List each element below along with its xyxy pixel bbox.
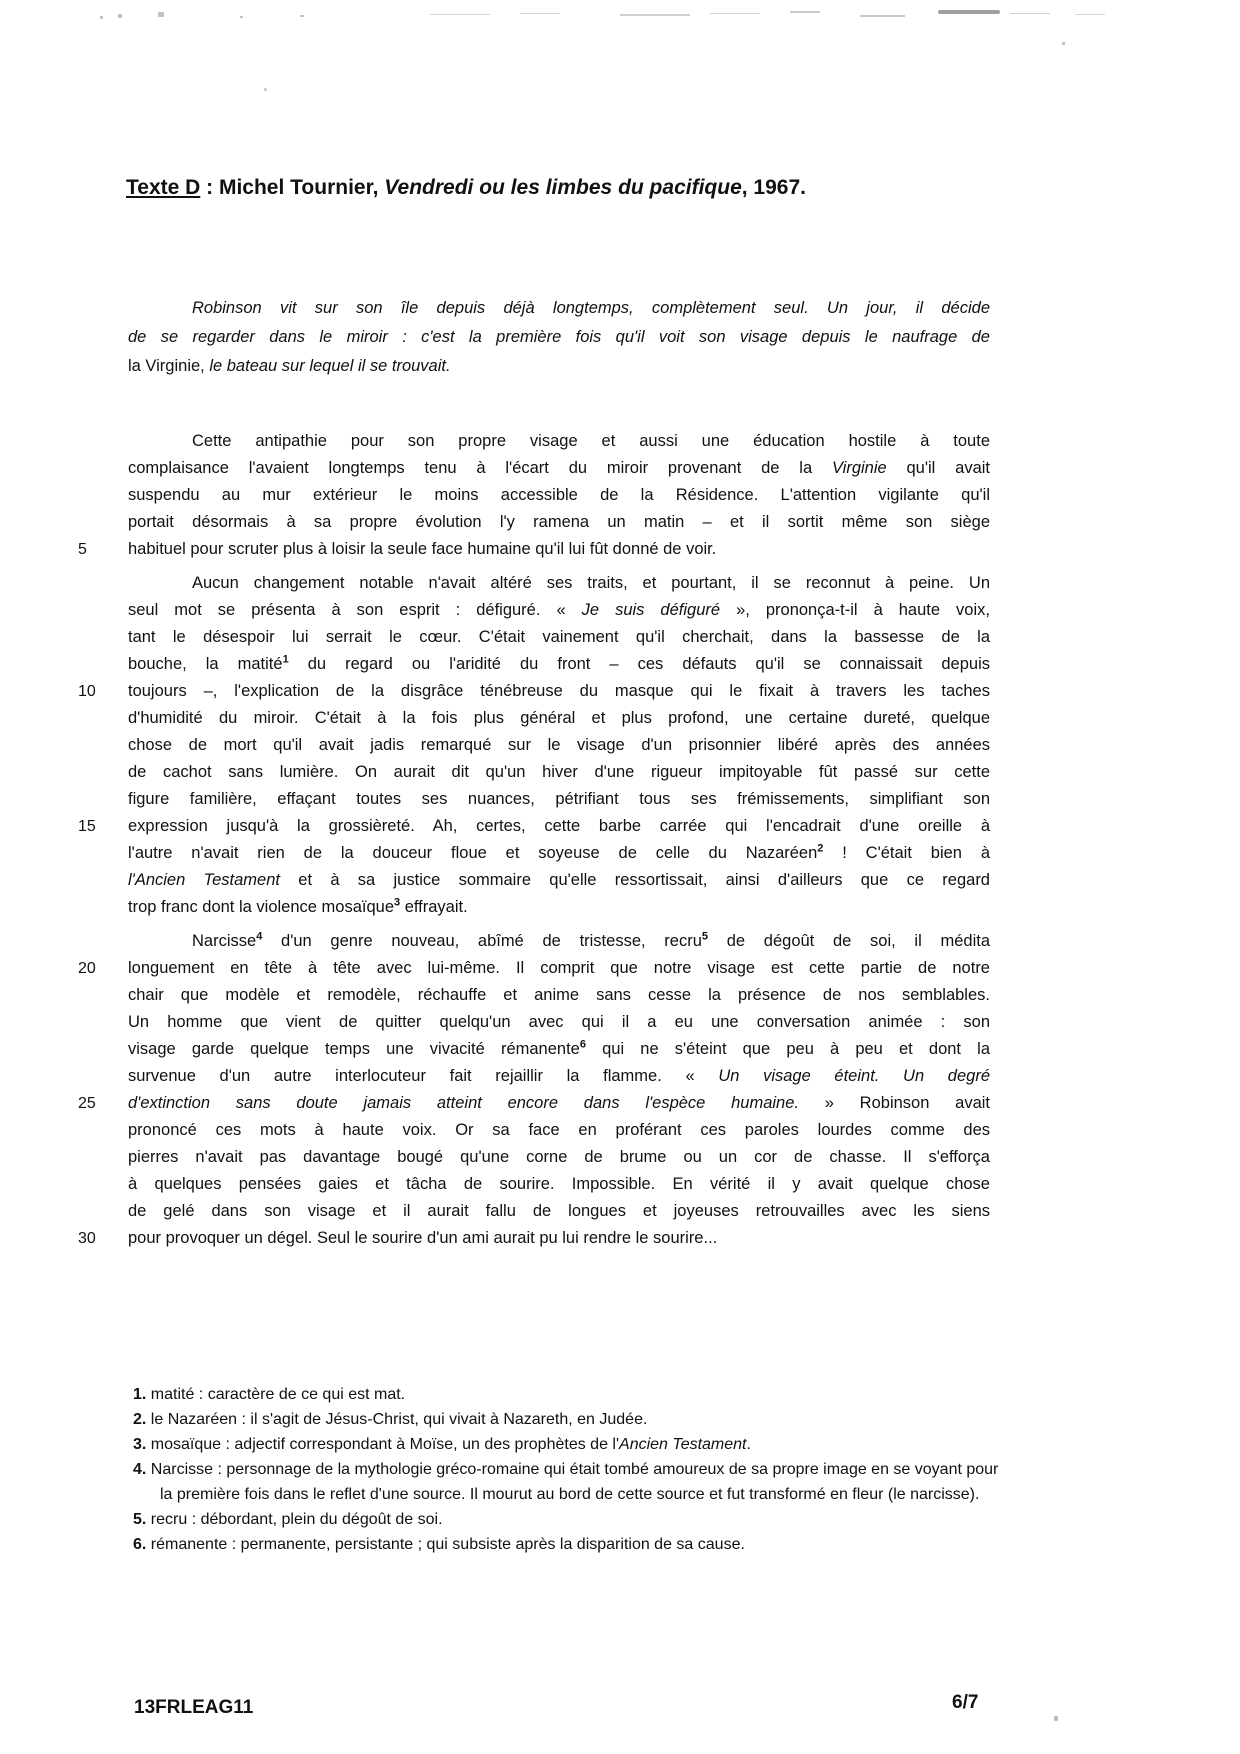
text-line: 25d'extinction sans doute jamais atteint…: [66, 1090, 990, 1117]
footnote: 4. Narcisse : personnage de la mythologi…: [133, 1457, 1009, 1507]
text-line-content: de gelé dans son visage et il aurait fal…: [128, 1198, 990, 1225]
text-line: pierres n'avait pas davantage bougé qu'u…: [66, 1144, 990, 1171]
text-line: chose de mort qu'il avait jadis remarqué…: [66, 732, 990, 759]
text-line: l'autre n'avait rien de la douceur floue…: [66, 840, 990, 867]
footnote-number: 3.: [133, 1436, 146, 1453]
text-segment: complaisance l'avaient longtemps tenu à …: [128, 459, 832, 477]
text-segment: mosaïque : adjectif correspondant à Moïs…: [146, 1436, 619, 1453]
text-segment: Un visage éteint. Un degré: [718, 1067, 990, 1085]
text-segment: bouche, la matité: [128, 655, 283, 673]
main-text: Cette antipathie pour son propre visage …: [66, 428, 990, 1252]
text-segment: seul mot se présenta à son esprit : défi…: [128, 601, 582, 619]
footnote: 5. recru : débordant, plein du dégoût de…: [133, 1507, 1009, 1532]
text-line-content: Narcisse4 d'un genre nouveau, abîmé de t…: [128, 928, 990, 955]
text-line: Robinson vit sur son île depuis déjà lon…: [66, 294, 990, 323]
text-segment: Texte D: [126, 176, 200, 199]
line-number: [66, 294, 128, 323]
text-line: prononcé ces mots à haute voix. Or sa fa…: [66, 1117, 990, 1144]
text-segment: survenue d'un autre interlocuteur fait r…: [128, 1067, 718, 1085]
text-segment: du regard ou l'aridité du front – ces dé…: [289, 655, 990, 673]
line-number: 20: [66, 955, 128, 982]
text-line: figure familière, effaçant toutes ses nu…: [66, 786, 990, 813]
text-line: 10toujours –, l'explication de la disgrâ…: [66, 678, 990, 705]
text-line-content: survenue d'un autre interlocuteur fait r…: [128, 1063, 990, 1090]
line-number: [66, 1009, 128, 1036]
text-segment: d'un genre nouveau, abîmé de tristesse, …: [262, 932, 702, 950]
text-segment: et à sa justice sommaire qu'elle ressort…: [280, 871, 990, 889]
text-line: Cette antipathie pour son propre visage …: [66, 428, 990, 455]
text-line-content: habituel pour scruter plus à loisir la s…: [128, 536, 990, 563]
line-number: [66, 1036, 128, 1063]
intro-paragraph: Robinson vit sur son île depuis déjà lon…: [66, 294, 990, 381]
text-line: 5habituel pour scruter plus à loisir la …: [66, 536, 990, 563]
footnote-number: 4.: [133, 1461, 146, 1478]
line-number: [66, 1171, 128, 1198]
text-segment: d'extinction sans doute jamais atteint e…: [128, 1094, 799, 1112]
text-line-content: l'autre n'avait rien de la douceur floue…: [128, 840, 990, 867]
text-line: de gelé dans son visage et il aurait fal…: [66, 1198, 990, 1225]
paragraph-1: Cette antipathie pour son propre visage …: [66, 428, 990, 563]
text-segment: le bateau sur lequel il se trouvait.: [205, 357, 451, 375]
text-line: 20longuement en tête à tête avec lui-mêm…: [66, 955, 990, 982]
text-line: portait désormais à sa propre évolution …: [66, 509, 990, 536]
document-reference: 13FRLEAG11: [134, 1697, 253, 1719]
text-line-content: portait désormais à sa propre évolution …: [128, 509, 990, 536]
line-number: [66, 428, 128, 455]
footnote-number: 5.: [133, 1511, 146, 1528]
footnote: 2. le Nazaréen : il s'agit de Jésus-Chri…: [133, 1407, 1009, 1432]
text-segment: de dégoût de soi, il médita: [708, 932, 990, 950]
text-line: Un homme que vient de quitter quelqu'un …: [66, 1009, 990, 1036]
text-segment: » Robinson avait: [799, 1094, 990, 1112]
text-segment: Narcisse: [192, 932, 256, 950]
text-line-content: chose de mort qu'il avait jadis remarqué…: [128, 732, 990, 759]
text-line-content: la Virginie, le bateau sur lequel il se …: [128, 352, 990, 381]
line-number: [66, 732, 128, 759]
line-number: 30: [66, 1225, 128, 1252]
text-line: survenue d'un autre interlocuteur fait r…: [66, 1063, 990, 1090]
text-line-content: d'humidité du miroir. C'était à la fois …: [128, 705, 990, 732]
text-line-content: bouche, la matité1 du regard ou l'aridit…: [128, 651, 990, 678]
line-number: [66, 759, 128, 786]
text-line-content: suspendu au mur extérieur le moins acces…: [128, 482, 990, 509]
text-line: suspendu au mur extérieur le moins acces…: [66, 482, 990, 509]
text-line: d'humidité du miroir. C'était à la fois …: [66, 705, 990, 732]
text-segment: : Michel Tournier,: [200, 176, 384, 199]
text-segment: , 1967.: [742, 176, 806, 199]
text-segment: Je suis défiguré: [582, 601, 720, 619]
text-line-content: Robinson vit sur son île depuis déjà lon…: [128, 294, 990, 323]
line-number: [66, 455, 128, 482]
text-line-content: Aucun changement notable n'avait altéré …: [128, 570, 990, 597]
line-number: [66, 509, 128, 536]
text-line-content: prononcé ces mots à haute voix. Or sa fa…: [128, 1117, 990, 1144]
line-number: [66, 1144, 128, 1171]
text-line: complaisance l'avaient longtemps tenu à …: [66, 455, 990, 482]
text-segment: .: [747, 1436, 751, 1453]
text-line: trop franc dont la violence mosaïque3 ef…: [66, 894, 990, 921]
text-line-content: visage garde quelque temps une vivacité …: [128, 1036, 990, 1063]
line-number: [66, 894, 128, 921]
text-line: seul mot se présenta à son esprit : défi…: [66, 597, 990, 624]
text-line-content: d'extinction sans doute jamais atteint e…: [128, 1090, 990, 1117]
text-segment: Ancien Testament: [619, 1436, 746, 1453]
text-segment: l'Ancien Testament: [128, 871, 280, 889]
line-number: [66, 323, 128, 352]
line-number: [66, 651, 128, 678]
text-segment: », prononça-t-il à haute voix,: [720, 601, 990, 619]
text-line: 15expression jusqu'à la grossièreté. Ah,…: [66, 813, 990, 840]
text-line: visage garde quelque temps une vivacité …: [66, 1036, 990, 1063]
text-line: la Virginie, le bateau sur lequel il se …: [66, 352, 990, 381]
line-number: [66, 1198, 128, 1225]
text-line-content: longuement en tête à tête avec lui-même.…: [128, 955, 990, 982]
text-line: l'Ancien Testament et à sa justice somma…: [66, 867, 990, 894]
text-segment: l'autre n'avait rien de la douceur floue…: [128, 844, 817, 862]
text-segment: qui ne s'éteint que peu à peu et dont la: [586, 1040, 990, 1058]
line-number: [66, 705, 128, 732]
line-number: 25: [66, 1090, 128, 1117]
text-line-content: toujours –, l'explication de la disgrâce…: [128, 678, 990, 705]
line-number: [66, 982, 128, 1009]
footnotes: 1. matité : caractère de ce qui est mat.…: [133, 1382, 1009, 1557]
text-line: 30pour provoquer un dégel. Seul le souri…: [66, 1225, 990, 1252]
footnote: 6. rémanente : permanente, persistante ;…: [133, 1532, 1009, 1557]
line-number: [66, 867, 128, 894]
text-title: Texte D : Michel Tournier, Vendredi ou l…: [126, 176, 806, 200]
text-line-content: seul mot se présenta à son esprit : défi…: [128, 597, 990, 624]
text-segment: qu'il avait: [887, 459, 990, 477]
document-page: Texte D : Michel Tournier, Vendredi ou l…: [0, 0, 1240, 1754]
text-line-content: à quelques pensées gaies et tâcha de sou…: [128, 1171, 990, 1198]
line-number: [66, 1117, 128, 1144]
text-segment: la Virginie,: [128, 357, 205, 375]
line-number: 15: [66, 813, 128, 840]
text-segment: trop franc dont la violence mosaïque: [128, 898, 394, 916]
line-number: 5: [66, 536, 128, 563]
text-segment: Virginie: [832, 459, 887, 477]
footnote-number: 6.: [133, 1536, 146, 1553]
text-line-content: figure familière, effaçant toutes ses nu…: [128, 786, 990, 813]
text-line-content: pour provoquer un dégel. Seul le sourire…: [128, 1225, 990, 1252]
line-number: [66, 352, 128, 381]
line-number: [66, 597, 128, 624]
text-line: chair que modèle et remodèle, réchauffe …: [66, 982, 990, 1009]
text-line-content: Un homme que vient de quitter quelqu'un …: [128, 1009, 990, 1036]
line-number: [66, 1063, 128, 1090]
page-number: 6/7: [952, 1692, 978, 1714]
text-line-content: pierres n'avait pas davantage bougé qu'u…: [128, 1144, 990, 1171]
text-line-content: expression jusqu'à la grossièreté. Ah, c…: [128, 813, 990, 840]
line-number: 10: [66, 678, 128, 705]
text-segment: ! C'était bien à: [823, 844, 990, 862]
text-line: bouche, la matité1 du regard ou l'aridit…: [66, 651, 990, 678]
paragraph-2: Aucun changement notable n'avait altéré …: [66, 570, 990, 921]
text-line-content: tant le désespoir lui serrait le cœur. C…: [128, 624, 990, 651]
text-line-content: de se regarder dans le miroir : c'est la…: [128, 323, 990, 352]
text-line: à quelques pensées gaies et tâcha de sou…: [66, 1171, 990, 1198]
text-line: de se regarder dans le miroir : c'est la…: [66, 323, 990, 352]
text-segment: Vendredi ou les limbes du pacifique: [384, 176, 741, 199]
text-line-content: complaisance l'avaient longtemps tenu à …: [128, 455, 990, 482]
text-segment: effrayait.: [400, 898, 468, 916]
footnote: 3. mosaïque : adjectif correspondant à M…: [133, 1432, 1009, 1457]
text-line-content: de cachot sans lumière. On aurait dit qu…: [128, 759, 990, 786]
footnote-number: 2.: [133, 1411, 146, 1428]
text-line: de cachot sans lumière. On aurait dit qu…: [66, 759, 990, 786]
paragraph-3: Narcisse4 d'un genre nouveau, abîmé de t…: [66, 928, 990, 1252]
footnote: 1. matité : caractère de ce qui est mat.: [133, 1382, 1009, 1407]
line-number: [66, 624, 128, 651]
text-line: Narcisse4 d'un genre nouveau, abîmé de t…: [66, 928, 990, 955]
line-number: [66, 928, 128, 955]
text-line: Aucun changement notable n'avait altéré …: [66, 570, 990, 597]
line-number: [66, 786, 128, 813]
text-line-content: Cette antipathie pour son propre visage …: [128, 428, 990, 455]
text-segment: visage garde quelque temps une vivacité …: [128, 1040, 580, 1058]
text-line-content: l'Ancien Testament et à sa justice somma…: [128, 867, 990, 894]
line-number: [66, 570, 128, 597]
text-line: tant le désespoir lui serrait le cœur. C…: [66, 624, 990, 651]
text-line-content: chair que modèle et remodèle, réchauffe …: [128, 982, 990, 1009]
footnote-number: 1.: [133, 1386, 146, 1403]
line-number: [66, 840, 128, 867]
line-number: [66, 482, 128, 509]
text-line-content: trop franc dont la violence mosaïque3 ef…: [128, 894, 990, 921]
